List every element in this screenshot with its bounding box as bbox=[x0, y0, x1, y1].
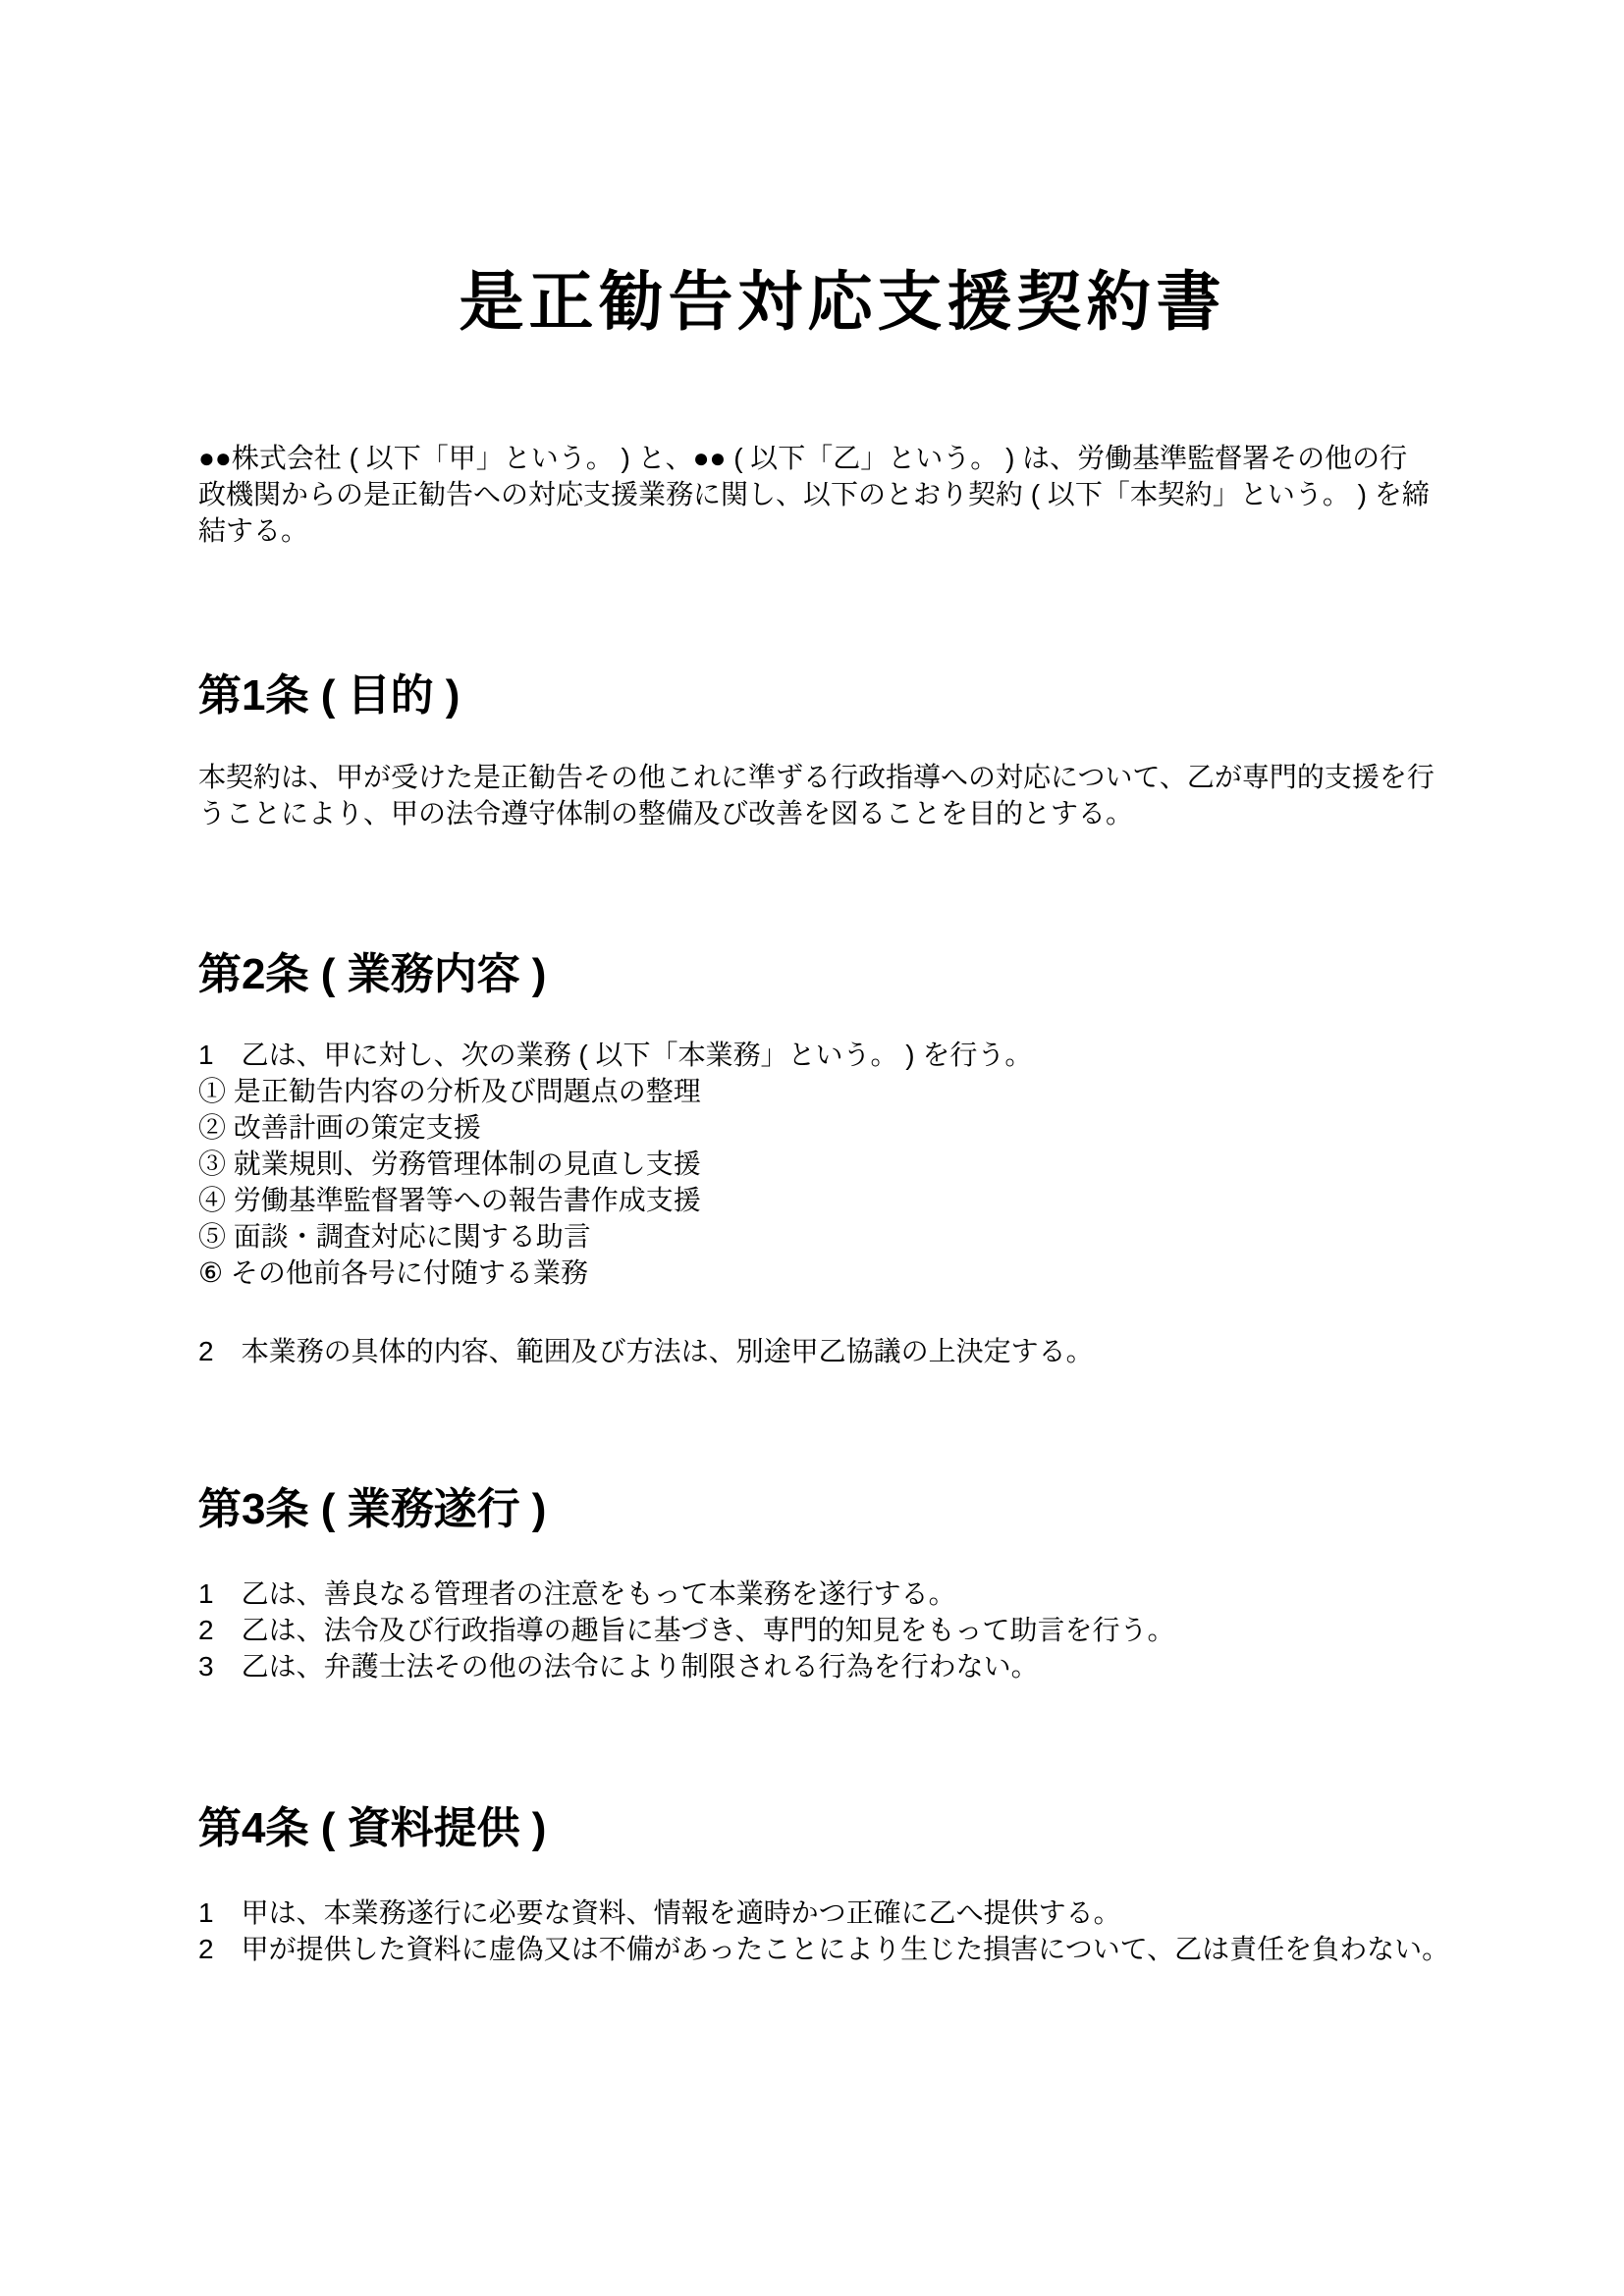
article-2-heading: 第2条 ( 業務内容 ) bbox=[198, 947, 1487, 1002]
article-2-clause-2: 2 本業務の具体的内容、範囲及び方法は、別途甲乙協議の上決定する。 bbox=[198, 1333, 1487, 1369]
article-1-heading: 第1条 ( 目的 ) bbox=[198, 668, 1487, 723]
article-2-numbered-item-list: ① 是正勧告内容の分析及び問題点の整理 ② 改善計画の策定支援 ③ 就業規則、労… bbox=[198, 1073, 1487, 1291]
article-3-clause-list: 1 乙は、善良なる管理者の注意をもって本業務を遂行する。 2 乙は、法令及び行政… bbox=[198, 1575, 1487, 1684]
preamble-paragraph: ●●株式会社 ( 以下「甲」という。 ) と、●● ( 以下「乙」という。 ) … bbox=[198, 440, 1487, 549]
article-3-heading: 第3条 ( 業務遂行 ) bbox=[198, 1482, 1487, 1537]
article-1-section: 第1条 ( 目的 ) 本契約は、甲が受けた是正勧告その他これに準ずる行政指導への… bbox=[198, 668, 1487, 831]
article-4-clause-list: 1 甲は、本業務遂行に必要な資料、情報を適時かつ正確に乙へ提供する。 2 甲が提… bbox=[198, 1895, 1487, 1967]
article-2-clause-1: 1 乙は、甲に対し、次の業務 ( 以下「本業務」という。 ) を行う。 bbox=[198, 1037, 1487, 1073]
contract-document-page: 是正勧告対応支援契約書 ●●株式会社 ( 以下「甲」という。 ) と、●● ( … bbox=[0, 0, 1624, 2296]
article-3-section: 第3条 ( 業務遂行 ) 1 乙は、善良なる管理者の注意をもって本業務を遂行する… bbox=[198, 1482, 1487, 1684]
article-2-section: 第2条 ( 業務内容 ) 1 乙は、甲に対し、次の業務 ( 以下「本業務」という… bbox=[198, 947, 1487, 1369]
article-4-section: 第4条 ( 資料提供 ) 1 甲は、本業務遂行に必要な資料、情報を適時かつ正確に… bbox=[198, 1801, 1487, 1967]
document-title: 是正勧告対応支援契約書 bbox=[198, 265, 1487, 338]
article-1-body: 本契約は、甲が受けた是正勧告その他これに準ずる行政指導への対応について、乙が専門… bbox=[198, 759, 1487, 831]
article-4-heading: 第4条 ( 資料提供 ) bbox=[198, 1801, 1487, 1856]
